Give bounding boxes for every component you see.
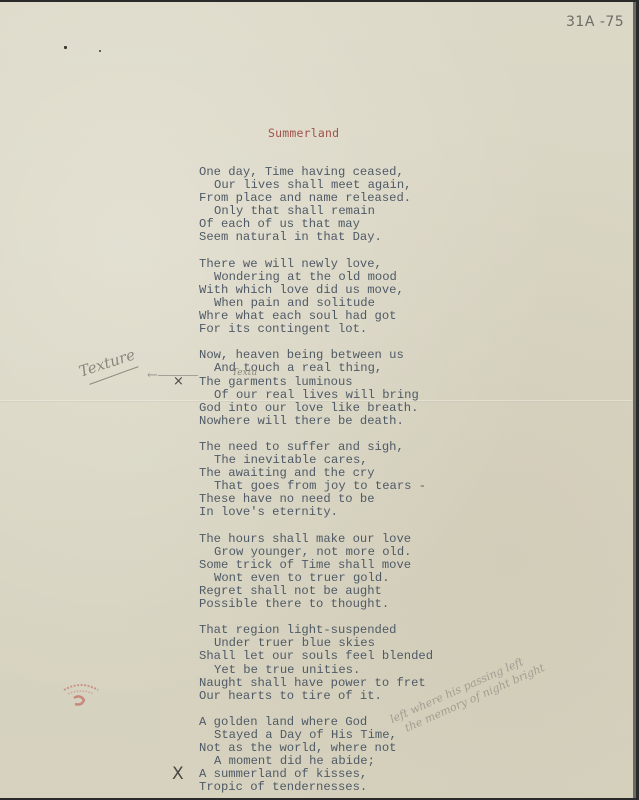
library-stamp-icon [60, 682, 102, 710]
poem-line: Naught shall have power to fret [199, 677, 433, 690]
archive-number: 31A -75 [566, 14, 624, 30]
stanza: The need to suffer and sigh,The inevitab… [199, 441, 433, 520]
poem-line: Tropic of tendernesses. [199, 781, 433, 794]
punch-mark [64, 46, 67, 49]
poem-line: There we will newly love, [199, 258, 433, 271]
poem-line: Seem natural in that Day. [199, 231, 433, 244]
stanza: The hours shall make our loveGrow younge… [199, 533, 433, 612]
margin-note-texture: Texture [77, 345, 138, 380]
poem-line: In love's eternity. [199, 506, 433, 519]
punch-mark [99, 50, 101, 52]
stanza: One day, Time having ceased,Our lives sh… [199, 166, 433, 245]
poem-line: Grow younger, not more old. [199, 546, 433, 559]
x-mark-icon: X [172, 764, 184, 784]
poem-line: Yet be true unities. [199, 664, 433, 677]
poem-line: Of our real lives will bring [199, 389, 433, 402]
poem-line: Nowhere will there be death. [199, 415, 433, 428]
poem-line: For its contingent lot. [199, 323, 433, 336]
stanza: There we will newly love,Wondering at th… [199, 258, 433, 337]
poem-title: Summerland [268, 126, 339, 140]
interlinear-note: Textu [232, 368, 257, 378]
poem-line: Shall let our souls feel blended [199, 650, 433, 663]
poem-line: Our hearts to tire of it. [199, 690, 433, 703]
arrow-left-icon: ← [147, 368, 158, 383]
page-edge-shadow [633, 2, 636, 798]
poem-line: God into our love like breath. [199, 402, 433, 415]
stanza: Now, heaven being between usAnd touch a … [199, 349, 433, 428]
poem-line: The hours shall make our love [199, 533, 433, 546]
manuscript-page: 31A -75 Summerland One day, Time having … [0, 2, 636, 798]
poem-line: With which love did us move, [199, 284, 433, 297]
poem-body: One day, Time having ceased,Our lives sh… [199, 166, 433, 798]
x-mark-icon: × [173, 374, 184, 389]
stanza: That region light-suspendedUnder truer b… [199, 624, 433, 703]
poem-line: Wondering at the old mood [199, 271, 433, 284]
poem-line: Some trick of Time shall move [199, 559, 433, 572]
poem-line: Possible there to thought. [199, 598, 433, 611]
